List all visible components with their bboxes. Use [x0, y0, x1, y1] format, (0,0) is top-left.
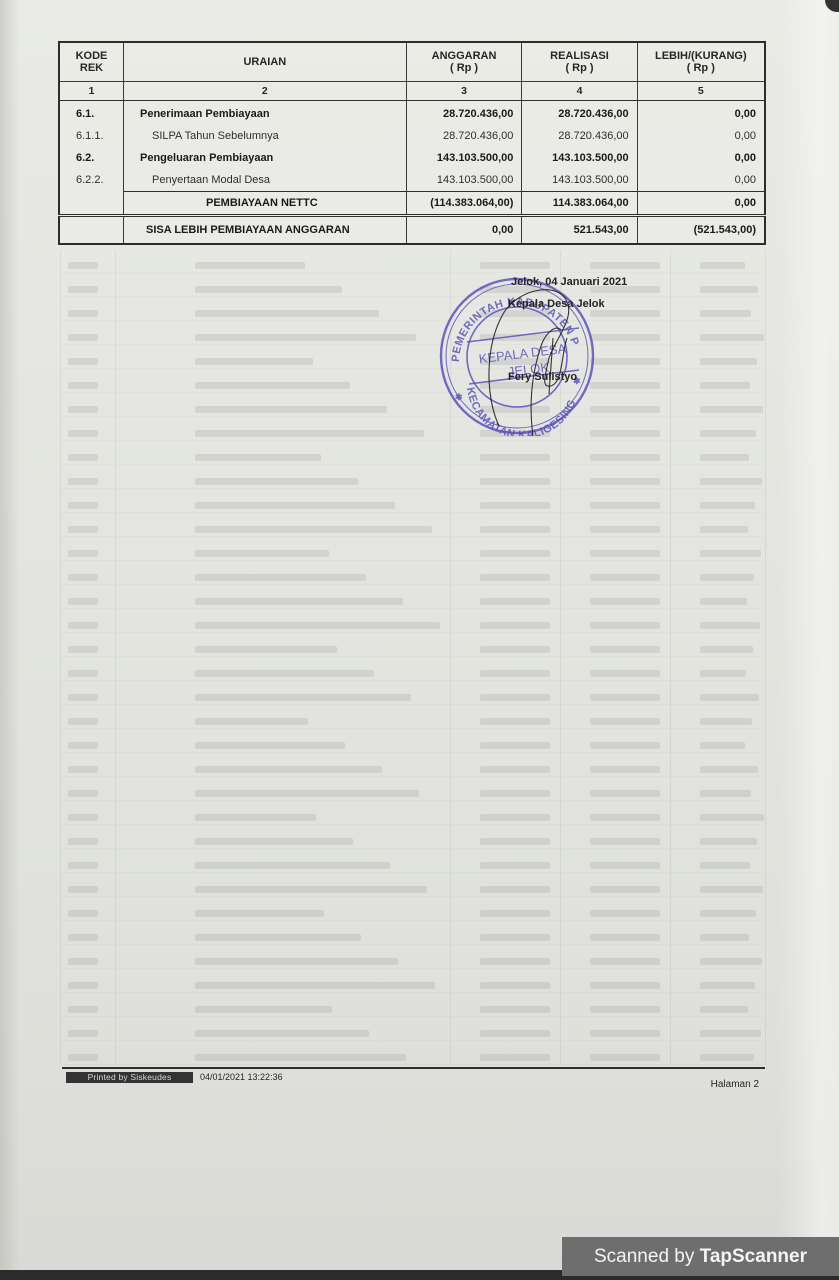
watermark-brand: TapScanner [700, 1246, 807, 1267]
column-number: 5 [637, 82, 765, 101]
bleed-through-table [60, 250, 766, 1065]
row-realisasi: 28.720.436,00 [522, 101, 637, 126]
netto-realisasi: 114.383.064,00 [522, 192, 637, 216]
row-kode: 6.1. [59, 101, 124, 126]
column-number: 2 [124, 82, 407, 101]
row-anggaran: 28.720.436,00 [406, 101, 522, 126]
header-lebih-kurang: LEBIH/(KURANG) ( Rp ) [637, 42, 765, 82]
column-number: 3 [406, 82, 522, 101]
row-kode: 6.2. [59, 147, 124, 169]
column-number: 1 [59, 82, 124, 101]
row-realisasi: 143.103.500,00 [522, 169, 637, 192]
page-shadow-left [0, 0, 20, 1272]
sisa-realisasi: 521.543,00 [522, 216, 637, 245]
signature-title: Kepala Desa Jelok [508, 298, 605, 310]
header-realisasi-unit: ( Rp ) [528, 62, 630, 74]
netto-lebih: 0,00 [637, 192, 765, 216]
table-row: 6.1. Penerimaan Pembiayaan 28.720.436,00… [59, 101, 765, 126]
column-number-row: 1 2 3 4 5 [59, 82, 765, 101]
row-lebih: 0,00 [637, 125, 765, 147]
row-kode [59, 216, 124, 245]
page-highlight-right [779, 0, 839, 1272]
table-row: 6.1.1. SILPA Tahun Sebelumnya 28.720.436… [59, 125, 765, 147]
header-realisasi: REALISASI ( Rp ) [522, 42, 637, 82]
header-anggaran: ANGGARAN ( Rp ) [406, 42, 522, 82]
netto-label: PEMBIAYAAN NETTC [124, 192, 407, 216]
printed-by-badge: Printed by Siskeudes [66, 1072, 193, 1083]
scanned-page: KODE REK URAIAN ANGGARAN ( Rp ) REALISAS… [0, 0, 839, 1272]
row-lebih: 0,00 [637, 147, 765, 169]
printed-timestamp: 04/01/2021 13:22:36 [200, 1072, 283, 1083]
svg-text:KEPALA DESA: KEPALA DESA [478, 341, 567, 367]
row-realisasi: 143.103.500,00 [522, 147, 637, 169]
row-kode [59, 192, 124, 216]
netto-row: PEMBIAYAAN NETTC (114.383.064,00) 114.38… [59, 192, 765, 216]
signature-place-date: Jelok, 04 Januari 2021 [511, 276, 627, 288]
header-uraian: URAIAN [124, 42, 407, 82]
scanner-watermark: Scanned by TapScanner [562, 1237, 839, 1276]
header-lebih-unit: ( Rp ) [644, 62, 758, 74]
table-row: 6.2. Pengeluaran Pembiayaan 143.103.500,… [59, 147, 765, 169]
row-uraian: SILPA Tahun Sebelumnya [124, 125, 407, 147]
row-realisasi: 28.720.436,00 [522, 125, 637, 147]
sisa-lebih: (521.543,00) [637, 216, 765, 245]
svg-text:KECAMATAN KALIGESING: KECAMATAN KALIGESING [464, 386, 579, 436]
header-lebih-label: LEBIH/(KURANG) [644, 50, 758, 62]
row-kode: 6.2.2. [59, 169, 124, 192]
page-corner-shadow [825, 0, 839, 12]
svg-text:✱: ✱ [455, 392, 463, 402]
page-number: Halaman 2 [711, 1079, 759, 1090]
row-uraian: Penyertaan Modal Desa [124, 169, 407, 192]
row-uraian: Pengeluaran Pembiayaan [124, 147, 407, 169]
header-anggaran-unit: ( Rp ) [413, 62, 516, 74]
svg-text:PEMERINTAH KABUPATEN PURWOREJO: PEMERINTAH KABUPATEN PURWOREJO [437, 276, 581, 362]
header-row: KODE REK URAIAN ANGGARAN ( Rp ) REALISAS… [59, 42, 765, 82]
header-realisasi-label: REALISASI [528, 50, 630, 62]
footer-divider [62, 1067, 765, 1069]
row-anggaran: 28.720.436,00 [406, 125, 522, 147]
column-number: 4 [522, 82, 637, 101]
row-lebih: 0,00 [637, 169, 765, 192]
sisa-anggaran: 0,00 [406, 216, 522, 245]
netto-anggaran: (114.383.064,00) [406, 192, 522, 216]
watermark-prefix: Scanned by [594, 1246, 700, 1267]
row-anggaran: 143.103.500,00 [406, 169, 522, 192]
signatory-name: Fery Sulistyo [508, 371, 577, 383]
header-kode-rek: KODE REK [59, 42, 124, 82]
row-anggaran: 143.103.500,00 [406, 147, 522, 169]
header-anggaran-label: ANGGARAN [413, 50, 516, 62]
sisa-row: SISA LEBIH PEMBIAYAAN ANGGARAN 0,00 521.… [59, 216, 765, 245]
row-uraian: Penerimaan Pembiayaan [124, 101, 407, 126]
financing-report-table: KODE REK URAIAN ANGGARAN ( Rp ) REALISAS… [58, 41, 766, 245]
table-row: 6.2.2. Penyertaan Modal Desa 143.103.500… [59, 169, 765, 192]
sisa-label: SISA LEBIH PEMBIAYAAN ANGGARAN [124, 216, 407, 245]
row-kode: 6.1.1. [59, 125, 124, 147]
row-lebih: 0,00 [637, 101, 765, 126]
